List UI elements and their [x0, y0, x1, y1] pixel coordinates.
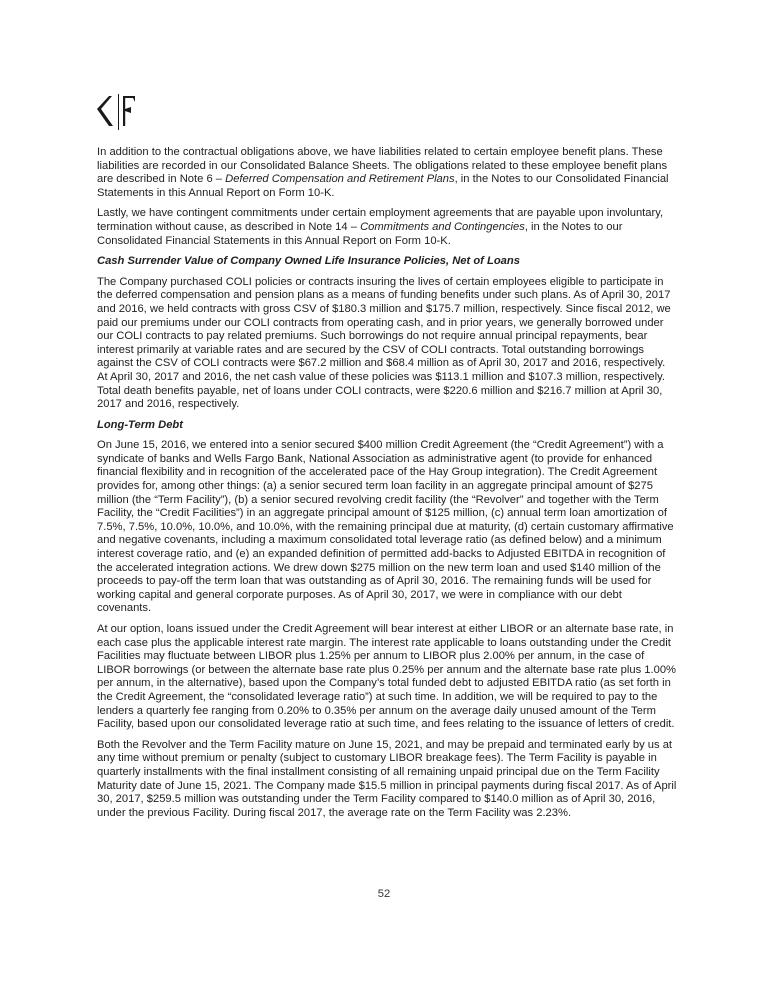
document-page: In addition to the contractual obligatio… — [0, 0, 768, 993]
paragraph-coli: The Company purchased COLI policies or c… — [97, 276, 677, 412]
paragraph-benefit-plans: In addition to the contractual obligatio… — [97, 146, 677, 200]
paragraph-credit-agreement: On June 15, 2016, we entered into a seni… — [97, 439, 677, 616]
kf-logo-icon — [97, 92, 147, 130]
paragraph-interest-rates: At our option, loans issued under the Cr… — [97, 623, 677, 732]
document-body: In addition to the contractual obligatio… — [97, 146, 677, 827]
note-6-title: Deferred Compensation and Retirement Pla… — [225, 173, 454, 185]
page-number: 52 — [0, 888, 768, 900]
paragraph-maturity: Both the Revolver and the Term Facility … — [97, 739, 677, 821]
section-heading-coli: Cash Surrender Value of Company Owned Li… — [97, 255, 677, 269]
section-heading-long-term-debt: Long-Term Debt — [97, 419, 677, 433]
paragraph-contingent-commitments: Lastly, we have contingent commitments u… — [97, 207, 677, 248]
note-14-title: Commitments and Contingencies — [360, 221, 525, 233]
